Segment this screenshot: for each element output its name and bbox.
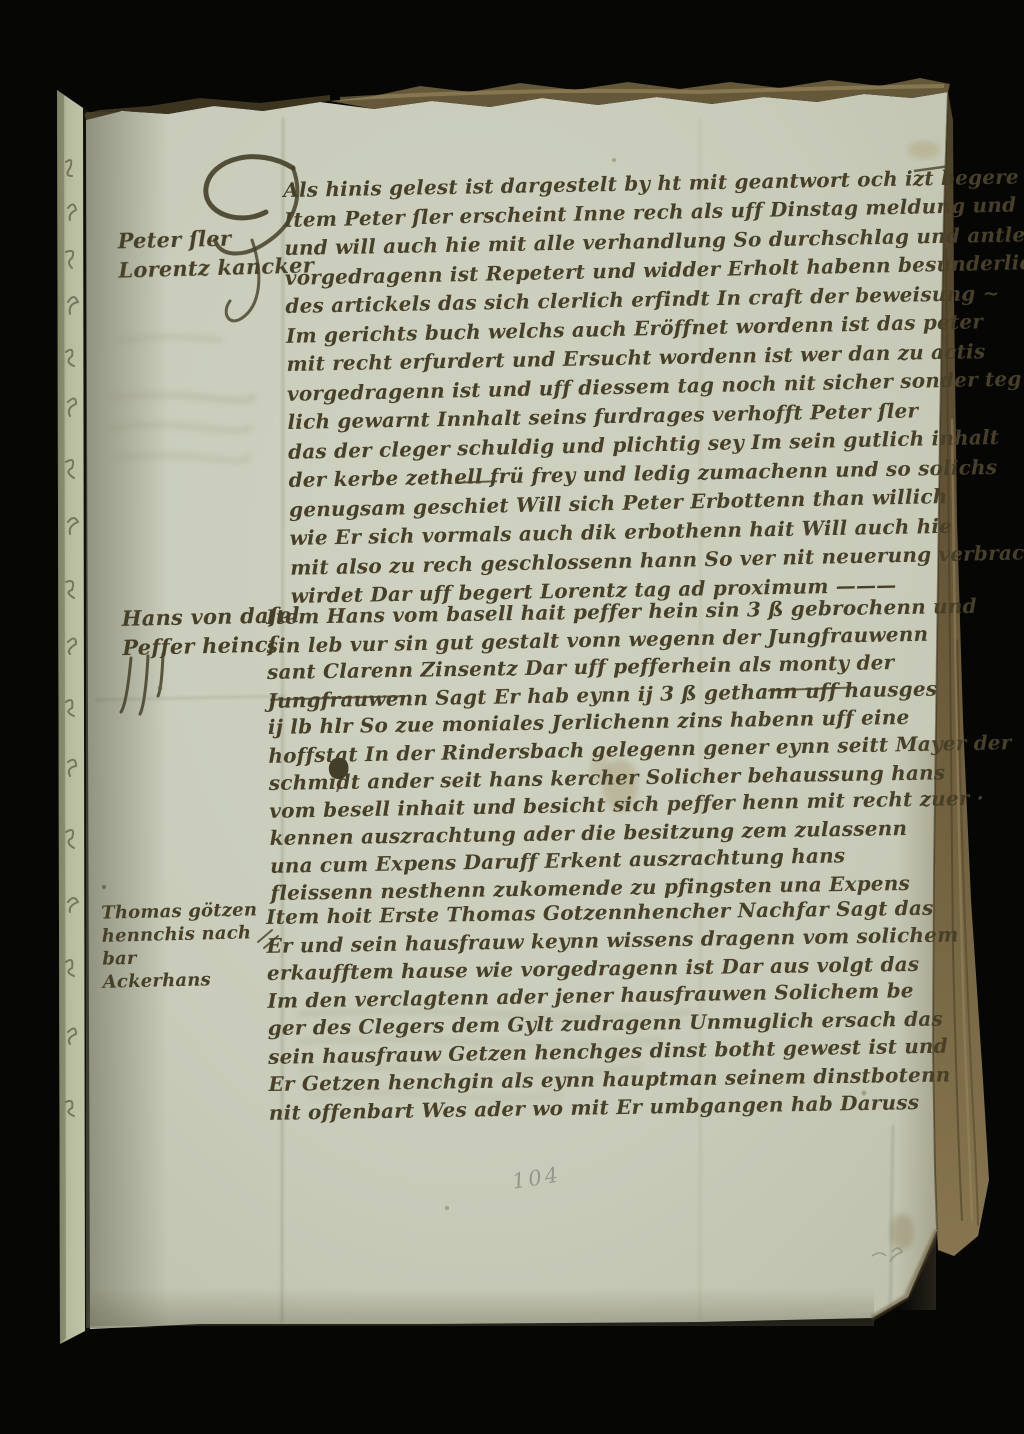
margin-note-thomas-goetzen: Thomas götzenhennchis nachbarAckerhans: [101, 898, 259, 993]
manuscript-line: hennchis nach: [102, 921, 258, 948]
manuscript-photo: Peter ſlerLorentz kancker Hans von daſel…: [0, 0, 1024, 1434]
bottom-shading: [88, 1288, 874, 1326]
manuscript-line: Ackerhans: [102, 967, 258, 994]
entry-peter-sler-text: Als hinis gelest ist dargestelt by ht mi…: [283, 164, 951, 611]
entry-thomas-goetzen-text: Item hoit Erste Thomas Gotzennhencher Na…: [266, 895, 949, 1127]
manuscript-line: bar: [102, 944, 258, 970]
entry-hans-von-basel-text: Item Hans vom basell hait peffer hein si…: [266, 593, 947, 907]
manuscript-line: Thomas götzen: [101, 898, 257, 924]
gutter-shading: [86, 112, 168, 1328]
